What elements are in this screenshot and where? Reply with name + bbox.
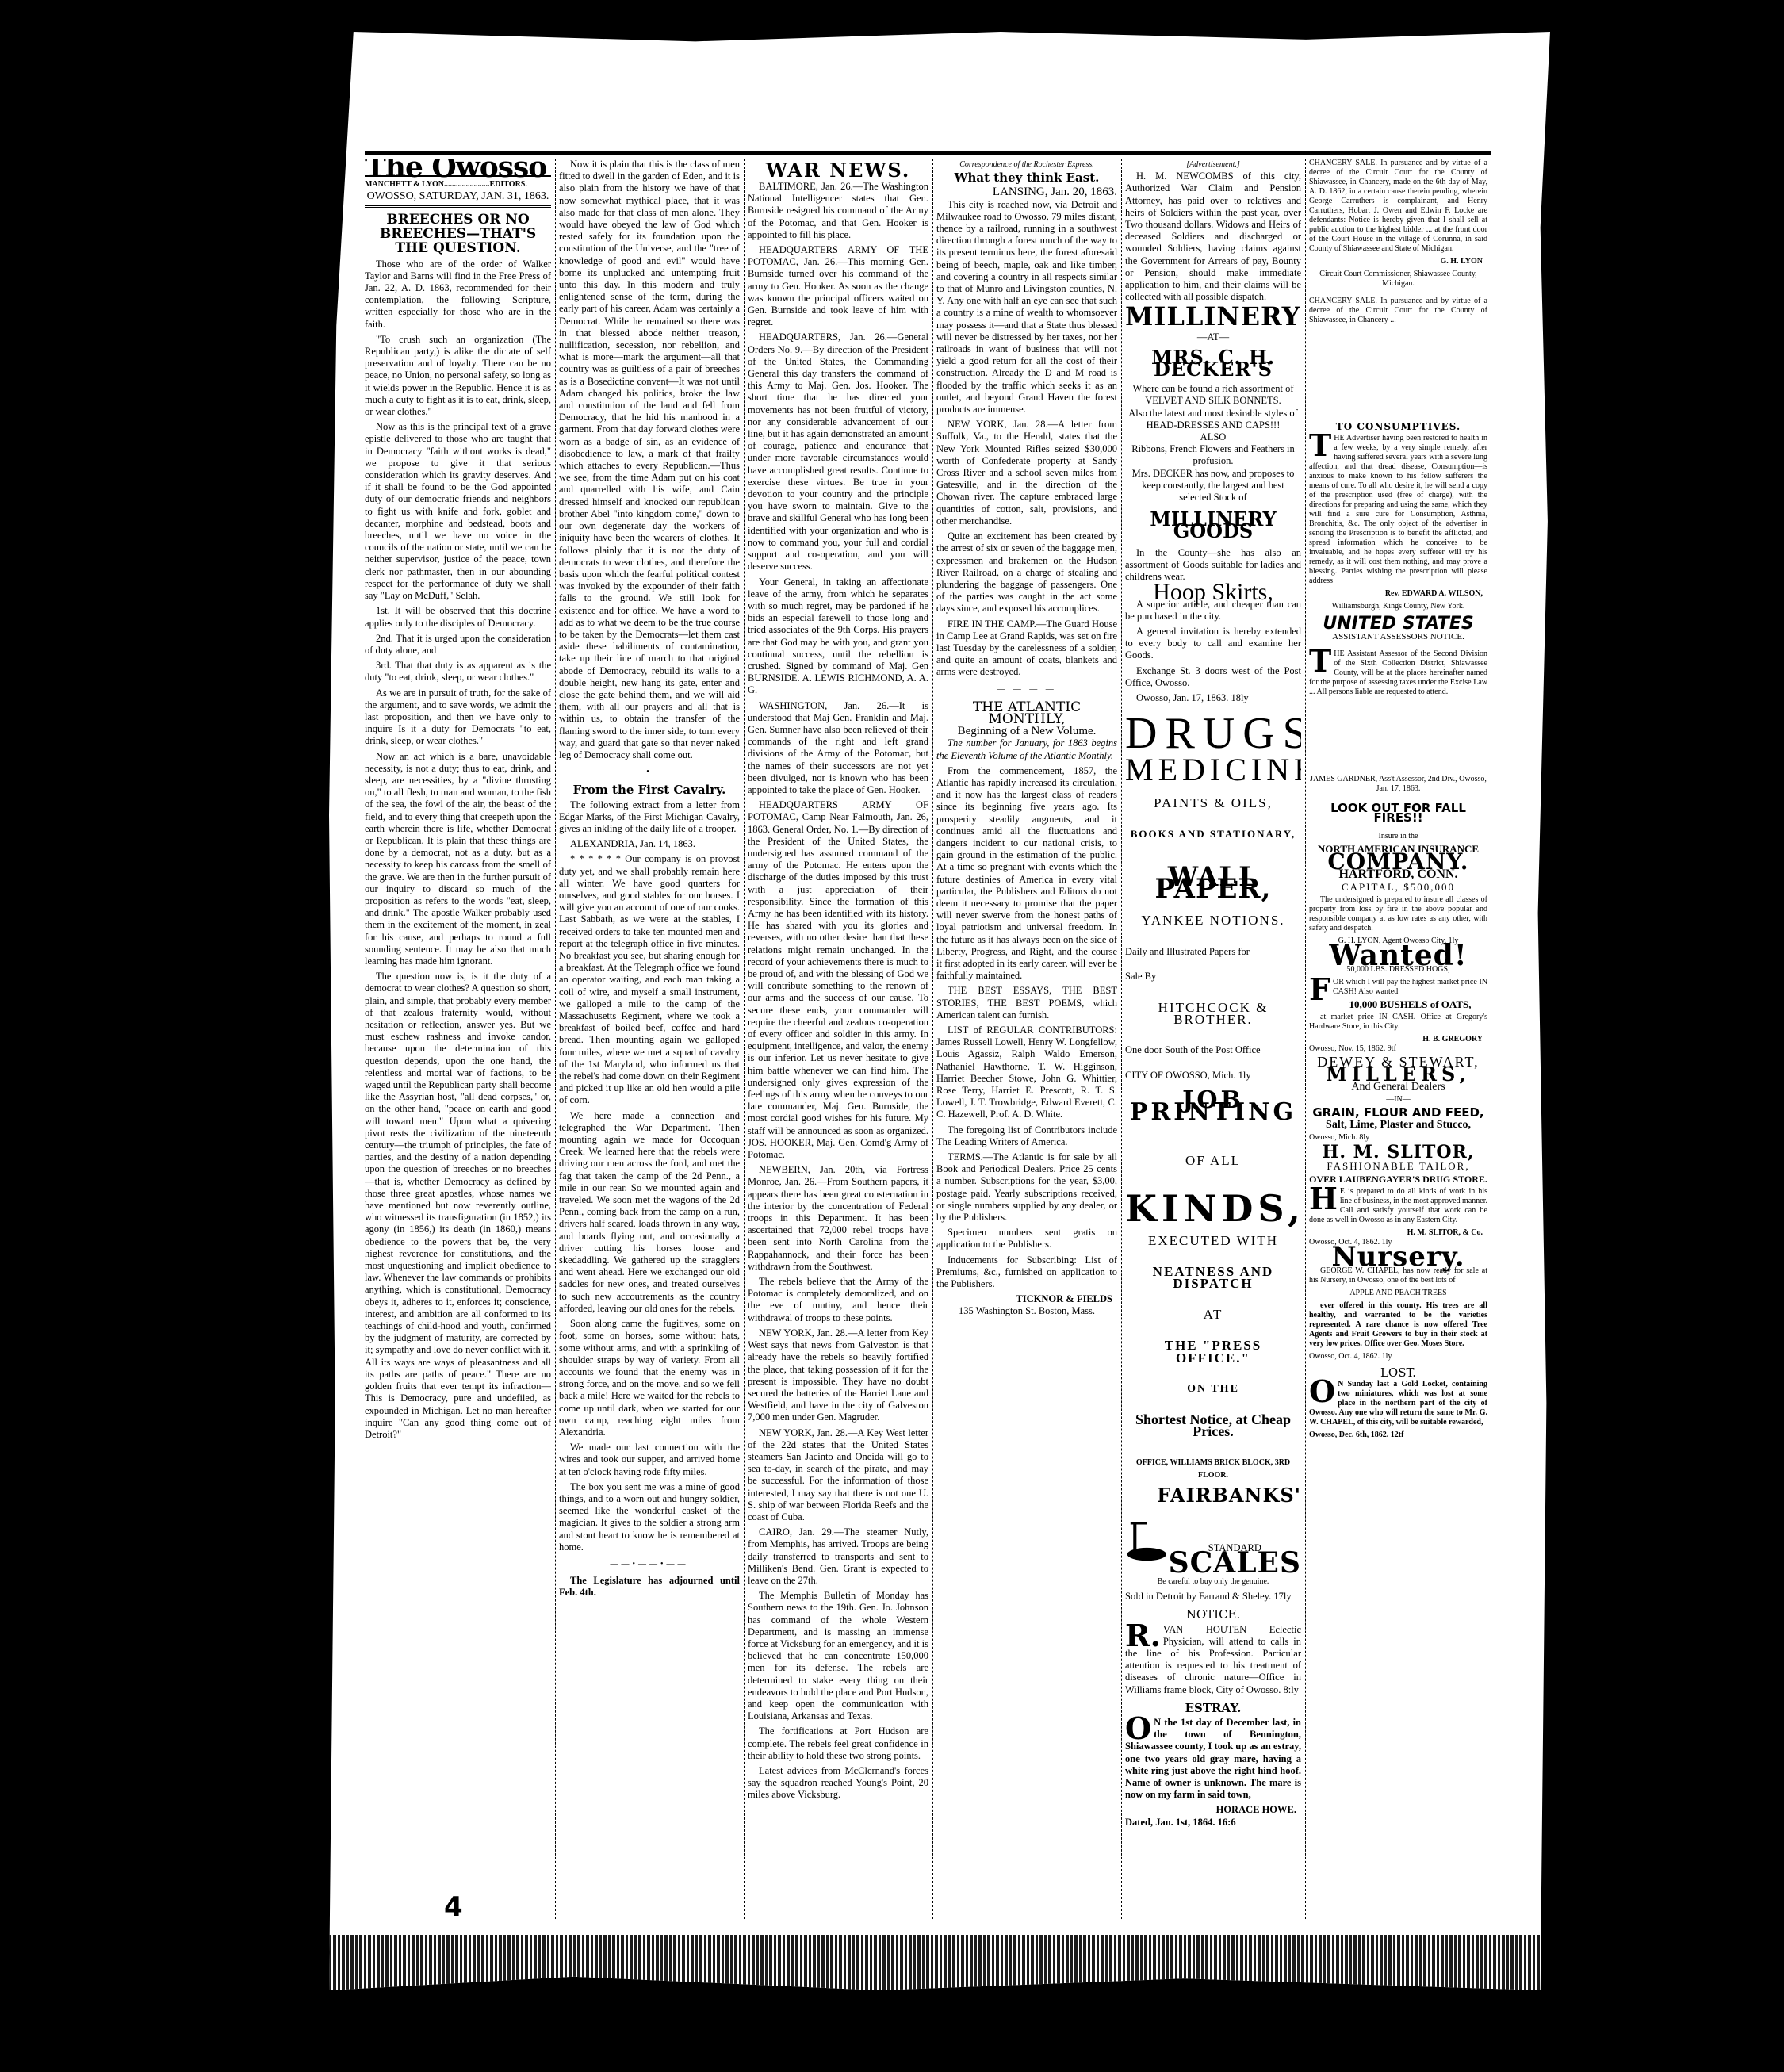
paragraph: We made our last connection with the wir… [559, 1442, 740, 1478]
paragraph: This city is reached now, via Detroit an… [936, 199, 1117, 416]
hoop-lines: A superior article, and cheaper than can… [1125, 599, 1301, 705]
top-rule [365, 151, 1491, 155]
paragraph: THE BEST ESSAYS, THE BEST STORIES, THE B… [936, 985, 1117, 1021]
paragraph: WASHINGTON, Jan. 26.—It is understood th… [748, 700, 928, 797]
article-heading: BREECHES OR NO BREECHES—THAT'S THE QUEST… [365, 213, 551, 255]
consumptives-sig: Rev. EDWARD A. WILSON, [1309, 589, 1483, 599]
paragraph: Owosso, Jan. 17, 1863. 18ly [1125, 692, 1301, 704]
dropcap-t: T [1309, 434, 1331, 458]
estray-date: Dated, Jan. 1st, 1864. 16:6 [1125, 1817, 1301, 1829]
article-body: BALTIMORE, Jan. 26.—The Washington Natio… [748, 181, 928, 1802]
wanted-date: Owosso, Nov. 15, 1862. 9tf [1309, 1044, 1487, 1054]
paints-title: PAINTS & OILS, [1125, 797, 1301, 809]
chancery-sale-1: CHANCERY SALE. In pursuance and by virtu… [1309, 159, 1487, 254]
paragraph: HEADQUARTERS ARMY OF THE POTOMAC, Jan. 2… [748, 244, 928, 328]
paragraph: NEW YORK, Jan. 28.—A Key West letter of … [748, 1427, 928, 1524]
us-body: HE Assistant Assessor of the Second Divi… [1309, 649, 1487, 696]
scan-edge-noise [329, 1935, 1550, 1990]
nursery-date: Owosso, Oct. 4, 1862. 1ly [1309, 1352, 1487, 1362]
ad-kicker: [Advertisement.] [1125, 159, 1301, 170]
paragraph: Specimen numbers sent gratis on applicat… [936, 1227, 1117, 1250]
column-ads-right: CHANCERY SALE. In pursuance and by virtu… [1309, 159, 1487, 1440]
paragraph: 1st. It will be observed that this doctr… [365, 605, 551, 629]
dropcap-h: H [1309, 1187, 1338, 1211]
over-line: OVER LAUBENGAYER'S DRUG STORE. [1309, 1174, 1487, 1184]
tailor: FASHIONABLE TAILOR, [1309, 1162, 1487, 1171]
paragraph: Where can be found a rich assortment of [1125, 383, 1301, 395]
dropcap-o: O [1125, 1717, 1151, 1741]
nursery-trees: APPLE AND PEACH TREES [1309, 1289, 1487, 1298]
column-rule [1305, 159, 1307, 1919]
fire-capital: CAPITAL, $500,000 [1309, 883, 1487, 892]
column-rule [555, 159, 557, 1919]
masthead-title: The Owosso Press. [365, 162, 551, 174]
paragraph: The rebels believe that the Army of the … [748, 1276, 928, 1324]
paragraph: NEW YORK, Jan. 28.—A letter from Key Wes… [748, 1327, 928, 1424]
article-dateline: LANSING, Jan. 20, 1863. [936, 186, 1117, 198]
newspaper-page: The Owosso Press. MANCHETT & LYON.......… [329, 32, 1550, 1990]
fairbanks: FAIRBANKS' [1125, 1489, 1301, 1501]
paragraph: Mrs. DECKER has now, and proposes to kee… [1125, 468, 1301, 504]
job-printing: JOB PRINTING [1125, 1094, 1301, 1118]
article-body: This city is reached now, via Detroit an… [936, 199, 1117, 679]
legislature-note: The Legislature has adjourned until Feb.… [559, 1575, 740, 1599]
paragraph: BALTIMORE, Jan. 26.—The Washington Natio… [748, 181, 928, 241]
us-sig: JAMES GARDNER, Ass't Assessor, 2nd Div.,… [1309, 775, 1487, 794]
paragraph: Your General, in taking an affectionate … [748, 576, 928, 697]
paragraph: A superior article, and cheaper than can… [1125, 599, 1301, 622]
in-line: —IN— [1309, 1095, 1487, 1105]
decker-more: In the County—she has also an assortment… [1125, 547, 1301, 584]
chancery-sale-2: CHANCERY SALE. In pursuance and by virtu… [1309, 297, 1487, 325]
yankee-title: YANKEE NOTIONS. [1125, 914, 1301, 926]
wanted-bushels: 10,000 BUSHELS of OATS, [1309, 1000, 1487, 1009]
one-door: One door South of the Post Office [1125, 1044, 1301, 1056]
paragraph: Ribbons, French Flowers and Feathers in … [1125, 443, 1301, 467]
decker-lines: Where can be found a rich assortment ofV… [1125, 383, 1301, 504]
paragraph: "To crush such an organization (The Repu… [365, 334, 551, 418]
wanted-more: at market price IN CASH. Office at Grego… [1309, 1013, 1487, 1032]
paragraph: The box you sent me was a mine of good t… [559, 1481, 740, 1553]
paragraph: Now an act which is a bare, unavoidable … [365, 751, 551, 968]
slitor: H. M. SLITOR, [1309, 1147, 1487, 1157]
paragraph: NEWBERN, Jan. 20th, via Fortress Monroe,… [748, 1164, 928, 1273]
neatness: NEATNESS AND DISPATCH [1125, 1266, 1301, 1289]
lost-date: Owosso, Dec. 6th, 1862. 12tf [1309, 1430, 1487, 1440]
dropcap-r: R. [1125, 1624, 1161, 1648]
consumptives-addr: Williamsburgh, Kings County, New York. [1309, 602, 1487, 611]
millinery-title: MILLINERY! [1125, 311, 1301, 323]
paragraph: * * * * * * Our company is on provost du… [559, 853, 740, 1106]
estray-body: N the 1st day of December last, in the t… [1125, 1717, 1301, 1800]
kinds: KINDS, [1125, 1203, 1301, 1215]
fire-body: The undersigned is prepared to insure al… [1309, 895, 1487, 933]
paragraph: CAIRO, Jan. 29.—The steamer Nutly, from … [748, 1526, 928, 1587]
column-rule [1121, 159, 1123, 1919]
article-heading: From the First Cavalry. [559, 784, 740, 796]
estray-sig: HORACE HOWE. [1125, 1804, 1296, 1816]
paragraph: HEAD-DRESSES AND CAPS!!! [1125, 419, 1301, 431]
paragraph: VELVET AND SILK BONNETS. [1125, 395, 1301, 407]
scales-block: STANDARD SCALES [1125, 1509, 1301, 1572]
consumptives-body: HE Advertiser having been restored to he… [1309, 434, 1487, 585]
fire-heading: LOOK OUT FOR FALL FIRES!! [1309, 803, 1487, 822]
paragraph: Exchange St. 3 doors west of the Post Of… [1125, 665, 1301, 689]
paragraph: The fortifications at Port Hudson are co… [748, 1725, 928, 1762]
paragraph: The Memphis Bulletin of Monday has South… [748, 1590, 928, 1722]
paragraph: Quite an excitement has been created by … [936, 530, 1117, 615]
column-ads-left: [Advertisement.] H. M. NEWCOMBS of this … [1125, 159, 1301, 1829]
paragraph: We here made a connection and telegraphe… [559, 1110, 740, 1315]
atlantic-intro: The number for January, for 1863 begins … [936, 737, 1117, 761]
sale-by: Sale By [1125, 971, 1301, 982]
wanted: Wanted! [1309, 951, 1487, 960]
hitchcock: HITCHCOCK & BROTHER. [1125, 1002, 1301, 1025]
slitor-sig: H. M. SLITOR, & Co. [1309, 1228, 1483, 1238]
paragraph: ALEXANDRIA, Jan. 14, 1863. [559, 838, 740, 850]
city-line: CITY OF OWOSSO, Mich. 1ly [1125, 1070, 1301, 1082]
chancery-role: Circuit Court Commissioner, Shiawassee C… [1309, 270, 1487, 289]
decker-name: MRS. C. H. DECKER'S [1125, 351, 1301, 375]
office-line: OFFICE, WILLIAMS BRICK BLOCK, 3RD FLOOR. [1125, 1457, 1301, 1480]
paragraph: HEADQUARTERS ARMY OF POTOMAC, Camp Near … [748, 799, 928, 1161]
wanted-sig: H. B. GREGORY [1309, 1035, 1483, 1044]
millers: MILLERS, [1309, 1070, 1487, 1079]
newcombs-ad: H. M. NEWCOMBS of this city, Authorized … [1125, 170, 1301, 303]
paragraph: LIST of REGULAR CONTRIBUTORS: James Russ… [936, 1025, 1117, 1121]
paragraph: TERMS.—The Atlantic is for sale by all B… [936, 1151, 1117, 1224]
wanted-body: OR which I will pay the highest market p… [1333, 978, 1487, 996]
estray-heading: ESTRAY. [1125, 1702, 1301, 1714]
paragraph: From the commencement, 1857, the Atlanti… [936, 765, 1117, 982]
books-title: BOOKS AND STATIONARY, [1125, 828, 1301, 840]
shortest-notice: Shortest Notice, at Cheap Prices. [1125, 1414, 1301, 1438]
paragraph: Now it is plain that this is the class o… [559, 159, 740, 761]
paragraph: NEW YORK, Jan. 28.—A letter from Suffolk… [936, 419, 1117, 527]
chancery-sig: G. H. LYON [1309, 257, 1483, 266]
nursery-more: ever offered in this county. His trees a… [1309, 1301, 1487, 1349]
press-office: THE "PRESS OFFICE." [1125, 1339, 1301, 1363]
paragraph: HEADQUARTERS, Jan. 26.—General Orders No… [748, 331, 928, 573]
dropcap-f: F [1309, 978, 1330, 1002]
salt: Salt, Lime, Plaster and Stucco, [1309, 1120, 1487, 1130]
fire-kicker: Insure in the [1309, 832, 1487, 841]
paragraph: The question now is, is it the duty of a… [365, 971, 551, 1441]
separator: — — — — [936, 684, 1117, 695]
paragraph: The following extract from a letter from… [559, 799, 740, 836]
atlantic-subheading: Beginning of a New Volume. [936, 726, 1117, 737]
paragraph: 3rd. That that duty is as apparent as is… [365, 660, 551, 684]
scales: SCALES [1169, 1557, 1301, 1569]
paragraph: Those who are of the order of Walker Tay… [365, 259, 551, 331]
article-kicker: Correspondence of the Rochester Express. [936, 159, 1117, 170]
atlantic-address: 135 Washington St. Boston, Mass. [936, 1305, 1117, 1317]
millinery-goods: MILLINERY GOODS [1125, 513, 1301, 537]
of-all: OF ALL [1125, 1155, 1301, 1166]
article-body: Those who are of the order of Walker Tay… [365, 259, 551, 1442]
article-body: The following extract from a letter from… [559, 799, 740, 1553]
drugs-title: DRUGS, [1125, 728, 1301, 740]
scale-icon [1125, 1509, 1169, 1572]
nursery: Nursery. [1309, 1252, 1487, 1262]
column-eden: Now it is plain that this is the class o… [559, 159, 740, 1603]
paragraph: 2nd. That it is urged upon the considera… [365, 633, 551, 657]
paragraph: A general invitation is hereby extended … [1125, 626, 1301, 662]
atlantic-publisher: TICKNOR & FIELDS [936, 1293, 1112, 1305]
wallpaper-title: WALL PAPER, [1125, 871, 1301, 895]
column-rule [932, 159, 934, 1919]
column-war-news: WAR NEWS. BALTIMORE, Jan. 26.—The Washin… [748, 159, 928, 1805]
papers-line: Daily and Illustrated Papers for [1125, 946, 1301, 958]
dropcap-o2: O [1309, 1380, 1335, 1404]
on-the: ON THE [1125, 1383, 1301, 1395]
paragraph: FIRE IN THE CAMP.—The Guard House in Cam… [936, 619, 1117, 679]
executed: EXECUTED WITH [1125, 1235, 1301, 1247]
separator: ——•——•—— [559, 1558, 740, 1570]
paragraph: Latest advices from McClernand's forces … [748, 1765, 928, 1802]
masthead-dateline: OWOSSO, SATURDAY, JAN. 31, 1863. [365, 190, 551, 207]
medicines-title: MEDICINES, [1125, 764, 1301, 776]
consumptives-heading: TO CONSUMPTIVES. [1309, 422, 1487, 431]
article-heading: What they think East. [936, 172, 1117, 184]
article-body: Now it is plain that this is the class o… [559, 159, 740, 761]
nursery-body: GEORGE W. CHAPEL, has now ready for sale… [1309, 1266, 1487, 1285]
grain: GRAIN, FLOUR AND FEED, [1309, 1108, 1487, 1117]
fire-company-2: COMPANY. [1309, 857, 1487, 867]
page-number: 4 [444, 1891, 463, 1923]
paragraph: The foregoing list of Contributors inclu… [936, 1124, 1117, 1148]
paragraph: Now as this is the principal text of a g… [365, 421, 551, 602]
us-heading: UNITED STATES [1309, 619, 1487, 629]
article-body: From the commencement, 1857, the Atlanti… [936, 765, 1117, 1291]
atlantic-heading: THE ATLANTIC MONTHLY, [936, 702, 1117, 726]
lost-body: N Sunday last a Gold Locket, containing … [1309, 1380, 1487, 1427]
article-heading: WAR NEWS. [748, 163, 928, 178]
lost-heading: LOST. [1309, 1368, 1487, 1377]
hoop-skirts: Hoop Skirts, [1125, 586, 1301, 598]
sold-line: Sold in Detroit by Farrand & Sheley. 17l… [1125, 1591, 1301, 1603]
dropcap-t2: T [1309, 649, 1331, 673]
separator: — ——•—— — [559, 766, 740, 778]
at: AT [1125, 1308, 1301, 1320]
column-rule [744, 159, 745, 1919]
us-sub: ASSISTANT ASSESSORS NOTICE. [1309, 632, 1487, 642]
paragraph: ALSO [1125, 431, 1301, 443]
column-breeches: The Owosso Press. MANCHETT & LYON.......… [365, 159, 551, 1444]
paragraph: Soon along came the fugitives, some on f… [559, 1318, 740, 1438]
column-east: Correspondence of the Rochester Express.… [936, 159, 1117, 1318]
paragraph: As we are in pursuit of truth, for the s… [365, 687, 551, 748]
paragraph: Also the latest and most desirable style… [1125, 408, 1301, 419]
paragraph: Inducements for Subscribing: List of Pre… [936, 1254, 1117, 1291]
ad-line: —AT— [1125, 331, 1301, 343]
